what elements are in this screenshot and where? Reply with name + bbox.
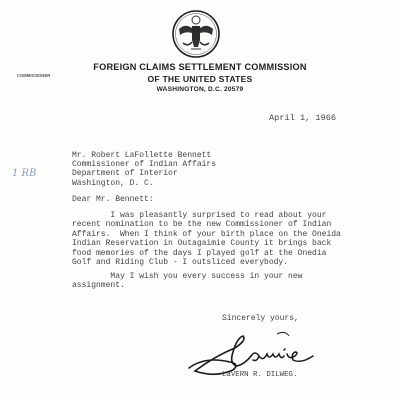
signer-name: LaVERN R. DILWEG. bbox=[222, 371, 297, 379]
body-paragraph-2: May I wish you every success in your new… bbox=[72, 272, 302, 291]
salutation: Dear Mr. Bennett: bbox=[72, 195, 154, 204]
great-seal-eagle-icon bbox=[171, 9, 221, 59]
body-paragraph-1: I was pleasantly surprised to read about… bbox=[72, 211, 341, 267]
recipient-address: Mr. Robert LaFollette Bennett Commission… bbox=[72, 151, 216, 188]
letterhead-agency-name: FOREIGN CLAIMS SETTLEMENT COMMISSION bbox=[0, 62, 400, 72]
handwritten-annotation: 1 RB bbox=[12, 168, 36, 179]
letterhead-address: WASHINGTON, D.C. 20579 bbox=[0, 86, 400, 93]
closing: Sincerely yours, bbox=[222, 314, 299, 323]
recipient-city: Washington, D. C. bbox=[72, 179, 216, 188]
letter-date: April 1, 1966 bbox=[269, 113, 336, 123]
recipient-department: Department of Interior bbox=[72, 169, 216, 178]
recipient-name: Mr. Robert LaFollette Bennett bbox=[72, 151, 216, 160]
letterhead-country: OF THE UNITED STATES bbox=[0, 74, 400, 84]
recipient-title: Commissioner of Indian Affairs bbox=[72, 160, 216, 169]
